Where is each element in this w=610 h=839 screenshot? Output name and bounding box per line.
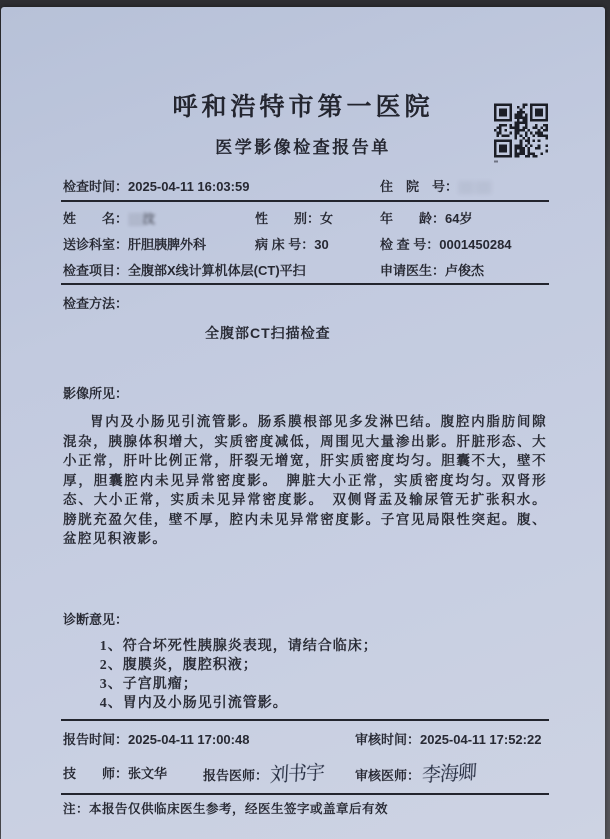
row-exam-time: 检查时间：2025-04-11 16:03:59 住 院 号：░░ ░░ <box>63 172 547 199</box>
ref-dept-field: 送诊科室：肝胆胰脾外科 <box>63 234 255 253</box>
exam-time-value: 2025-04-11 16:03:59 <box>128 179 249 194</box>
report-doctor-field: 报告医师：刘书宇 <box>203 759 355 786</box>
findings-text: 胃内及小肠见引流管影。肠系膜根部见多发淋巴结。腹腔内脂肪间隙混杂，胰腺体积增大，… <box>63 412 547 549</box>
diagnosis-item: 3、子宫肌瘤； <box>100 675 547 694</box>
diagnosis-item: 1、符合坏死性胰腺炎表现，请结合临床； <box>100 637 547 656</box>
diagnosis-section: 诊断意见： 1、符合坏死性胰腺炎表现，请结合临床； 2、腹膜炎，腹腔积液； 3、… <box>63 609 547 713</box>
review-doctor-label: 审核医师： <box>355 768 420 783</box>
photo-backdrop: { "header": { "hospital_name": "呼和浩特市第一医… <box>0 0 610 839</box>
req-doctor-label: 申请医生： <box>380 263 445 278</box>
report-paper: 呼和浩特市第一医院 医学影像检查报告单 检查时间：2025-04-11 16:0… <box>1 7 605 839</box>
exam-no-field: 检 查 号：0001450284 <box>380 234 547 253</box>
diagnosis-item: 2、腹膜炎，腹腔积液； <box>100 656 547 675</box>
exam-item-field: 检查项目：全腹部X线计算机体层(CT)平扫 <box>63 260 380 279</box>
review-doctor-signature: 李海卿 <box>421 757 476 787</box>
findings-section: 影像所见： 胃内及小肠见引流管影。肠系膜根部见多发淋巴结。腹腔内脂肪间隙混杂，胰… <box>63 383 547 549</box>
gender-label: 性 别： <box>255 211 320 226</box>
age-label: 年 龄： <box>380 211 445 226</box>
report-time-value: 2025-04-11 17:00:48 <box>128 732 249 747</box>
report-doctor-signature: 刘书宇 <box>269 757 324 787</box>
bed-no-value: 30 <box>314 237 328 252</box>
technician-value: 张文华 <box>128 766 167 781</box>
report-footer: 报告时间：2025-04-11 17:00:48 审核时间：2025-04-11… <box>1 718 605 817</box>
name-field: 姓 名：░░汶 <box>63 208 255 227</box>
diagnosis-label: 诊断意见： <box>63 612 128 627</box>
exam-no-value: 0001450284 <box>439 237 511 252</box>
diagnosis-list: 1、符合坏死性胰腺炎表现，请结合临床； 2、腹膜炎，腹腔积液； 3、子宫肌瘤； … <box>63 637 547 713</box>
name-label: 姓 名： <box>63 211 128 226</box>
bed-no-label: 病 床 号： <box>255 237 314 252</box>
row-times: 报告时间：2025-04-11 17:00:48 审核时间：2025-04-11… <box>63 724 547 752</box>
technician-label: 技 师： <box>63 766 128 781</box>
review-time-field: 审核时间：2025-04-11 17:52:22 <box>355 729 547 748</box>
admission-no-label: 住 院 号： <box>380 179 458 194</box>
exam-item-label: 检查项目： <box>63 263 128 278</box>
divider <box>61 719 549 721</box>
row-exam-item: 检查项目：全腹部X线计算机体层(CT)平扫 申请医生：卢俊杰 <box>63 256 547 282</box>
qr-code <box>494 103 548 163</box>
row-staff: 技 师：张文华 报告医师：刘书宇 审核医师：李海卿 <box>63 752 547 792</box>
exam-no-label: 检 查 号： <box>380 237 439 252</box>
method-value: 全腹部CT扫描检查 <box>205 323 547 343</box>
diagnosis-item: 4、胃内及小肠见引流管影。 <box>100 694 547 713</box>
findings-label: 影像所见： <box>63 386 128 401</box>
name-value: ░░汶 <box>128 212 154 226</box>
bed-no-field: 病 床 号：30 <box>255 234 380 253</box>
row-department: 送诊科室：肝胆胰脾外科 病 床 号：30 检 查 号：0001450284 <box>63 230 547 256</box>
footer-note: 注：本报告仅供临床医生参考，经医生签字或盖章后有效 <box>63 799 547 817</box>
age-field: 年 龄：64岁 <box>380 208 547 227</box>
admission-no-field: 住 院 号：░░ ░░ <box>380 176 547 195</box>
review-time-value: 2025-04-11 17:52:22 <box>420 732 541 747</box>
exam-time-field: 检查时间：2025-04-11 16:03:59 <box>63 176 380 195</box>
method-section: 检查方法： 全腹部CT扫描检查 <box>63 293 547 343</box>
ref-dept-value: 肝胆胰脾外科 <box>128 237 206 252</box>
ref-dept-label: 送诊科室： <box>63 237 128 252</box>
report-time-label: 报告时间： <box>63 732 128 747</box>
report-doctor-label: 报告医师： <box>203 768 268 783</box>
gender-field: 性 别：女 <box>255 208 380 227</box>
admission-no-value: ░░ ░░ <box>458 180 490 194</box>
report-time-field: 报告时间：2025-04-11 17:00:48 <box>63 729 355 748</box>
gender-value: 女 <box>320 211 333 226</box>
review-time-label: 审核时间： <box>355 732 420 747</box>
age-value: 64岁 <box>445 211 472 226</box>
divider <box>61 793 549 795</box>
divider <box>61 283 549 285</box>
review-doctor-field: 审核医师：李海卿 <box>355 759 547 786</box>
req-doctor-field: 申请医生：卢俊杰 <box>380 260 547 279</box>
exam-time-label: 检查时间： <box>63 179 128 194</box>
report-header: 呼和浩特市第一医院 医学影像检查报告单 <box>1 7 605 158</box>
req-doctor-value: 卢俊杰 <box>445 263 484 278</box>
method-label: 检查方法： <box>63 296 128 311</box>
divider <box>61 200 549 202</box>
row-patient: 姓 名：░░汶 性 别：女 年 龄：64岁 <box>63 204 547 230</box>
info-table: 检查时间：2025-04-11 16:03:59 住 院 号：░░ ░░ 姓 名… <box>1 172 605 713</box>
technician-field: 技 师：张文华 <box>63 763 203 782</box>
exam-item-value: 全腹部X线计算机体层(CT)平扫 <box>128 263 306 278</box>
